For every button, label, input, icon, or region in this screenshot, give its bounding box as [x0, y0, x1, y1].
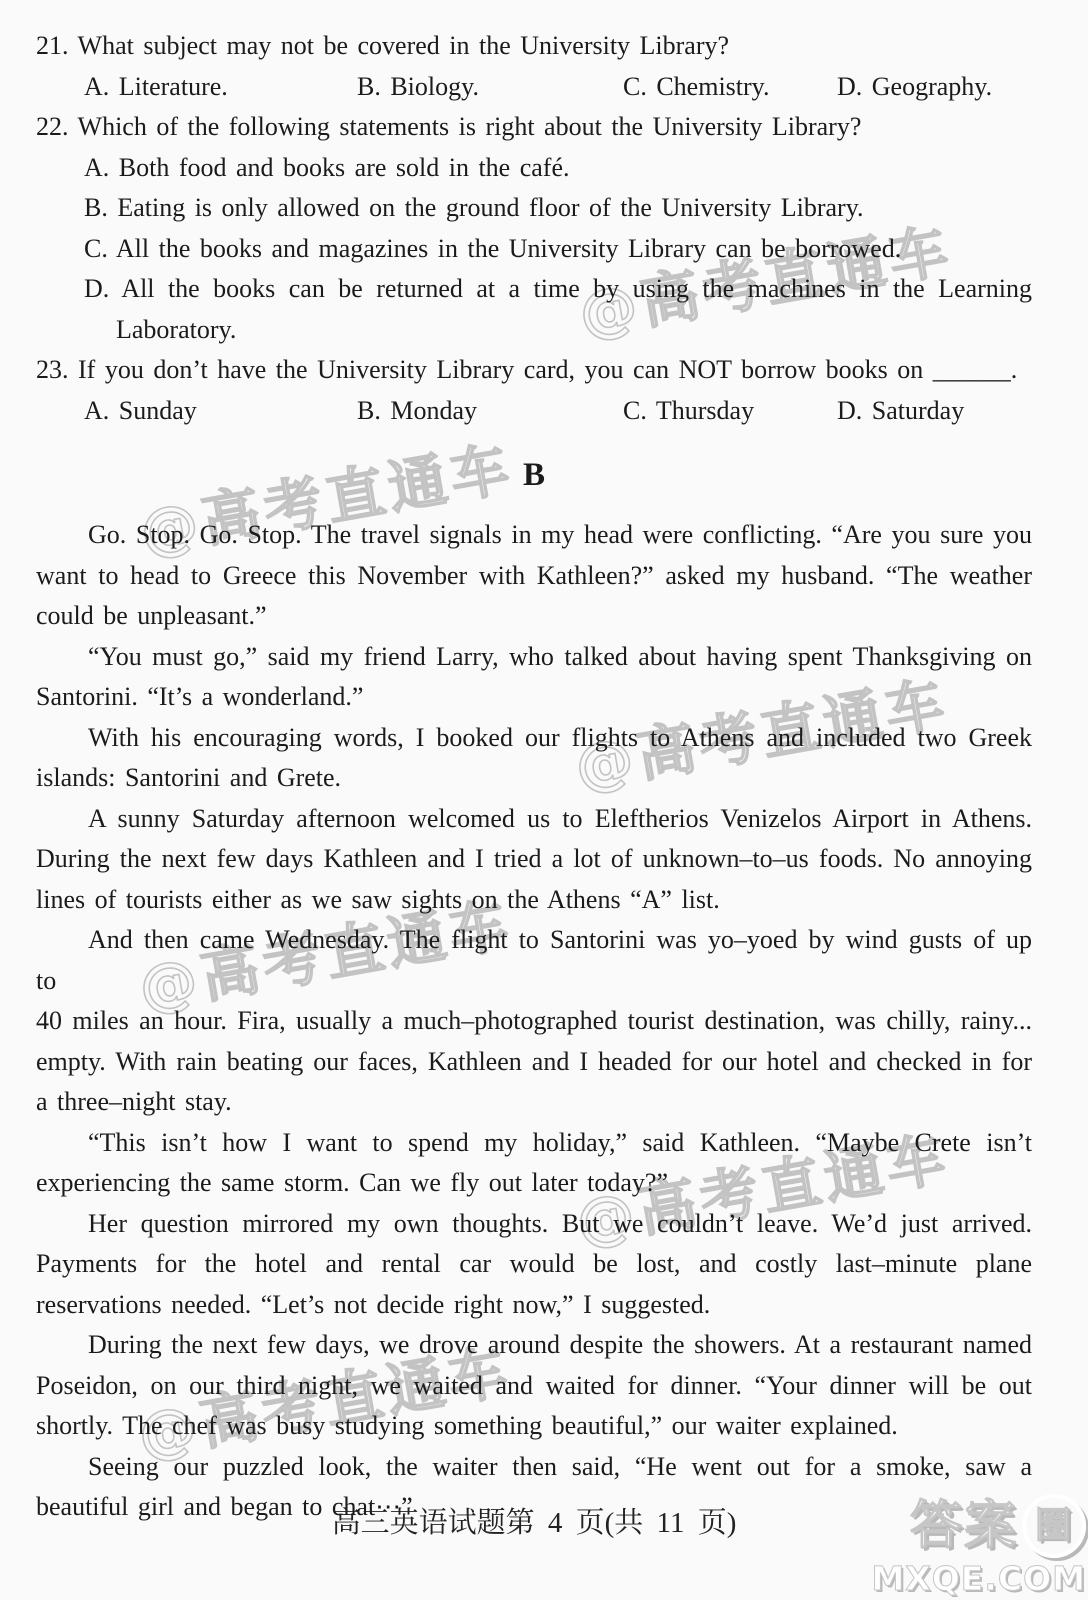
option: D. All the books can be returned at a ti…	[84, 269, 1032, 310]
passage-line: experiencing the same storm. Can we fly …	[36, 1163, 1032, 1204]
page-content: 21. What subject may not be covered in t…	[36, 26, 1032, 1528]
passage-line: lines of tourists either as we saw sight…	[36, 880, 1032, 921]
option: Laboratory.	[116, 310, 1032, 351]
passage-line: Payments for the hotel and rental car wo…	[36, 1244, 1032, 1285]
section-heading: B	[36, 453, 1032, 497]
option: B. Biology.	[357, 67, 623, 108]
option: B. Monday	[357, 391, 623, 432]
question-stem: 21. What subject may not be covered in t…	[36, 26, 1032, 67]
answer-site-logo: 答案圈 MXQE.COM	[871, 1494, 1086, 1595]
passage-line: A sunny Saturday afternoon welcomed us t…	[36, 799, 1032, 840]
passage-line: During the next few days Kathleen and I …	[36, 839, 1032, 880]
passage-line: During the next few days, we drove aroun…	[36, 1325, 1032, 1366]
reading-passage: Go. Stop. Go. Stop. The travel signals i…	[36, 515, 1032, 1528]
question-stem: 22. Which of the following statements is…	[36, 107, 1032, 148]
exam-page: @高考直通车 @高考直通车 @高考直通车 @高考直通车 @高考直通车 @高考直通…	[0, 0, 1088, 1600]
options-row: A. SundayB. MondayC. ThursdayD. Saturday	[84, 391, 1032, 432]
passage-line: could be unpleasant.”	[36, 596, 1032, 637]
question-stem: 23. If you don’t have the University Lib…	[36, 350, 1032, 391]
passage-line: want to head to Greece this November wit…	[36, 556, 1032, 597]
passage-line: islands: Santorini and Grete.	[36, 758, 1032, 799]
passage-line: 40 miles an hour. Fira, usually a much–p…	[36, 1001, 1032, 1042]
option: A. Literature.	[84, 67, 357, 108]
option: C. Thursday	[623, 391, 837, 432]
passage-line: a three–night stay.	[36, 1082, 1032, 1123]
logo-site-url: MXQE.COM	[871, 1562, 1086, 1595]
logo-title-text: 答案	[910, 1500, 1018, 1552]
logo-title: 答案圈	[871, 1494, 1086, 1558]
passage-line: And then came Wednesday. The flight to S…	[36, 920, 1032, 1001]
passage-line: Santorini. “It’s a wonderland.”	[36, 677, 1032, 718]
option: C. Chemistry.	[623, 67, 837, 108]
option: C. All the books and magazines in the Un…	[84, 229, 1032, 270]
passage-line: “You must go,” said my friend Larry, who…	[36, 637, 1032, 678]
option: B. Eating is only allowed on the ground …	[84, 188, 1032, 229]
option: A. Both food and books are sold in the c…	[84, 148, 1032, 189]
passage-line: Go. Stop. Go. Stop. The travel signals i…	[36, 515, 1032, 556]
passage-line: Poseidon, on our third night, we waited …	[36, 1366, 1032, 1407]
passage-line: reservations needed. “Let’s not decide r…	[36, 1285, 1032, 1326]
passage-line: Seeing our puzzled look, the waiter then…	[36, 1447, 1032, 1488]
option: A. Sunday	[84, 391, 357, 432]
option: D. Saturday	[837, 391, 1032, 432]
passage-line: Her question mirrored my own thoughts. B…	[36, 1204, 1032, 1245]
passage-line: empty. With rain beating our faces, Kath…	[36, 1042, 1032, 1083]
questions-block: 21. What subject may not be covered in t…	[36, 26, 1032, 431]
passage-line: “This isn’t how I want to spend my holid…	[36, 1123, 1032, 1164]
passage-line: shortly. The chef was busy studying some…	[36, 1406, 1032, 1447]
passage-line: With his encouraging words, I booked our…	[36, 718, 1032, 759]
option: D. Geography.	[837, 67, 1032, 108]
logo-circle-glyph: 圈	[1022, 1494, 1086, 1558]
options-row: A. Literature.B. Biology.C. Chemistry.D.…	[84, 67, 1032, 108]
